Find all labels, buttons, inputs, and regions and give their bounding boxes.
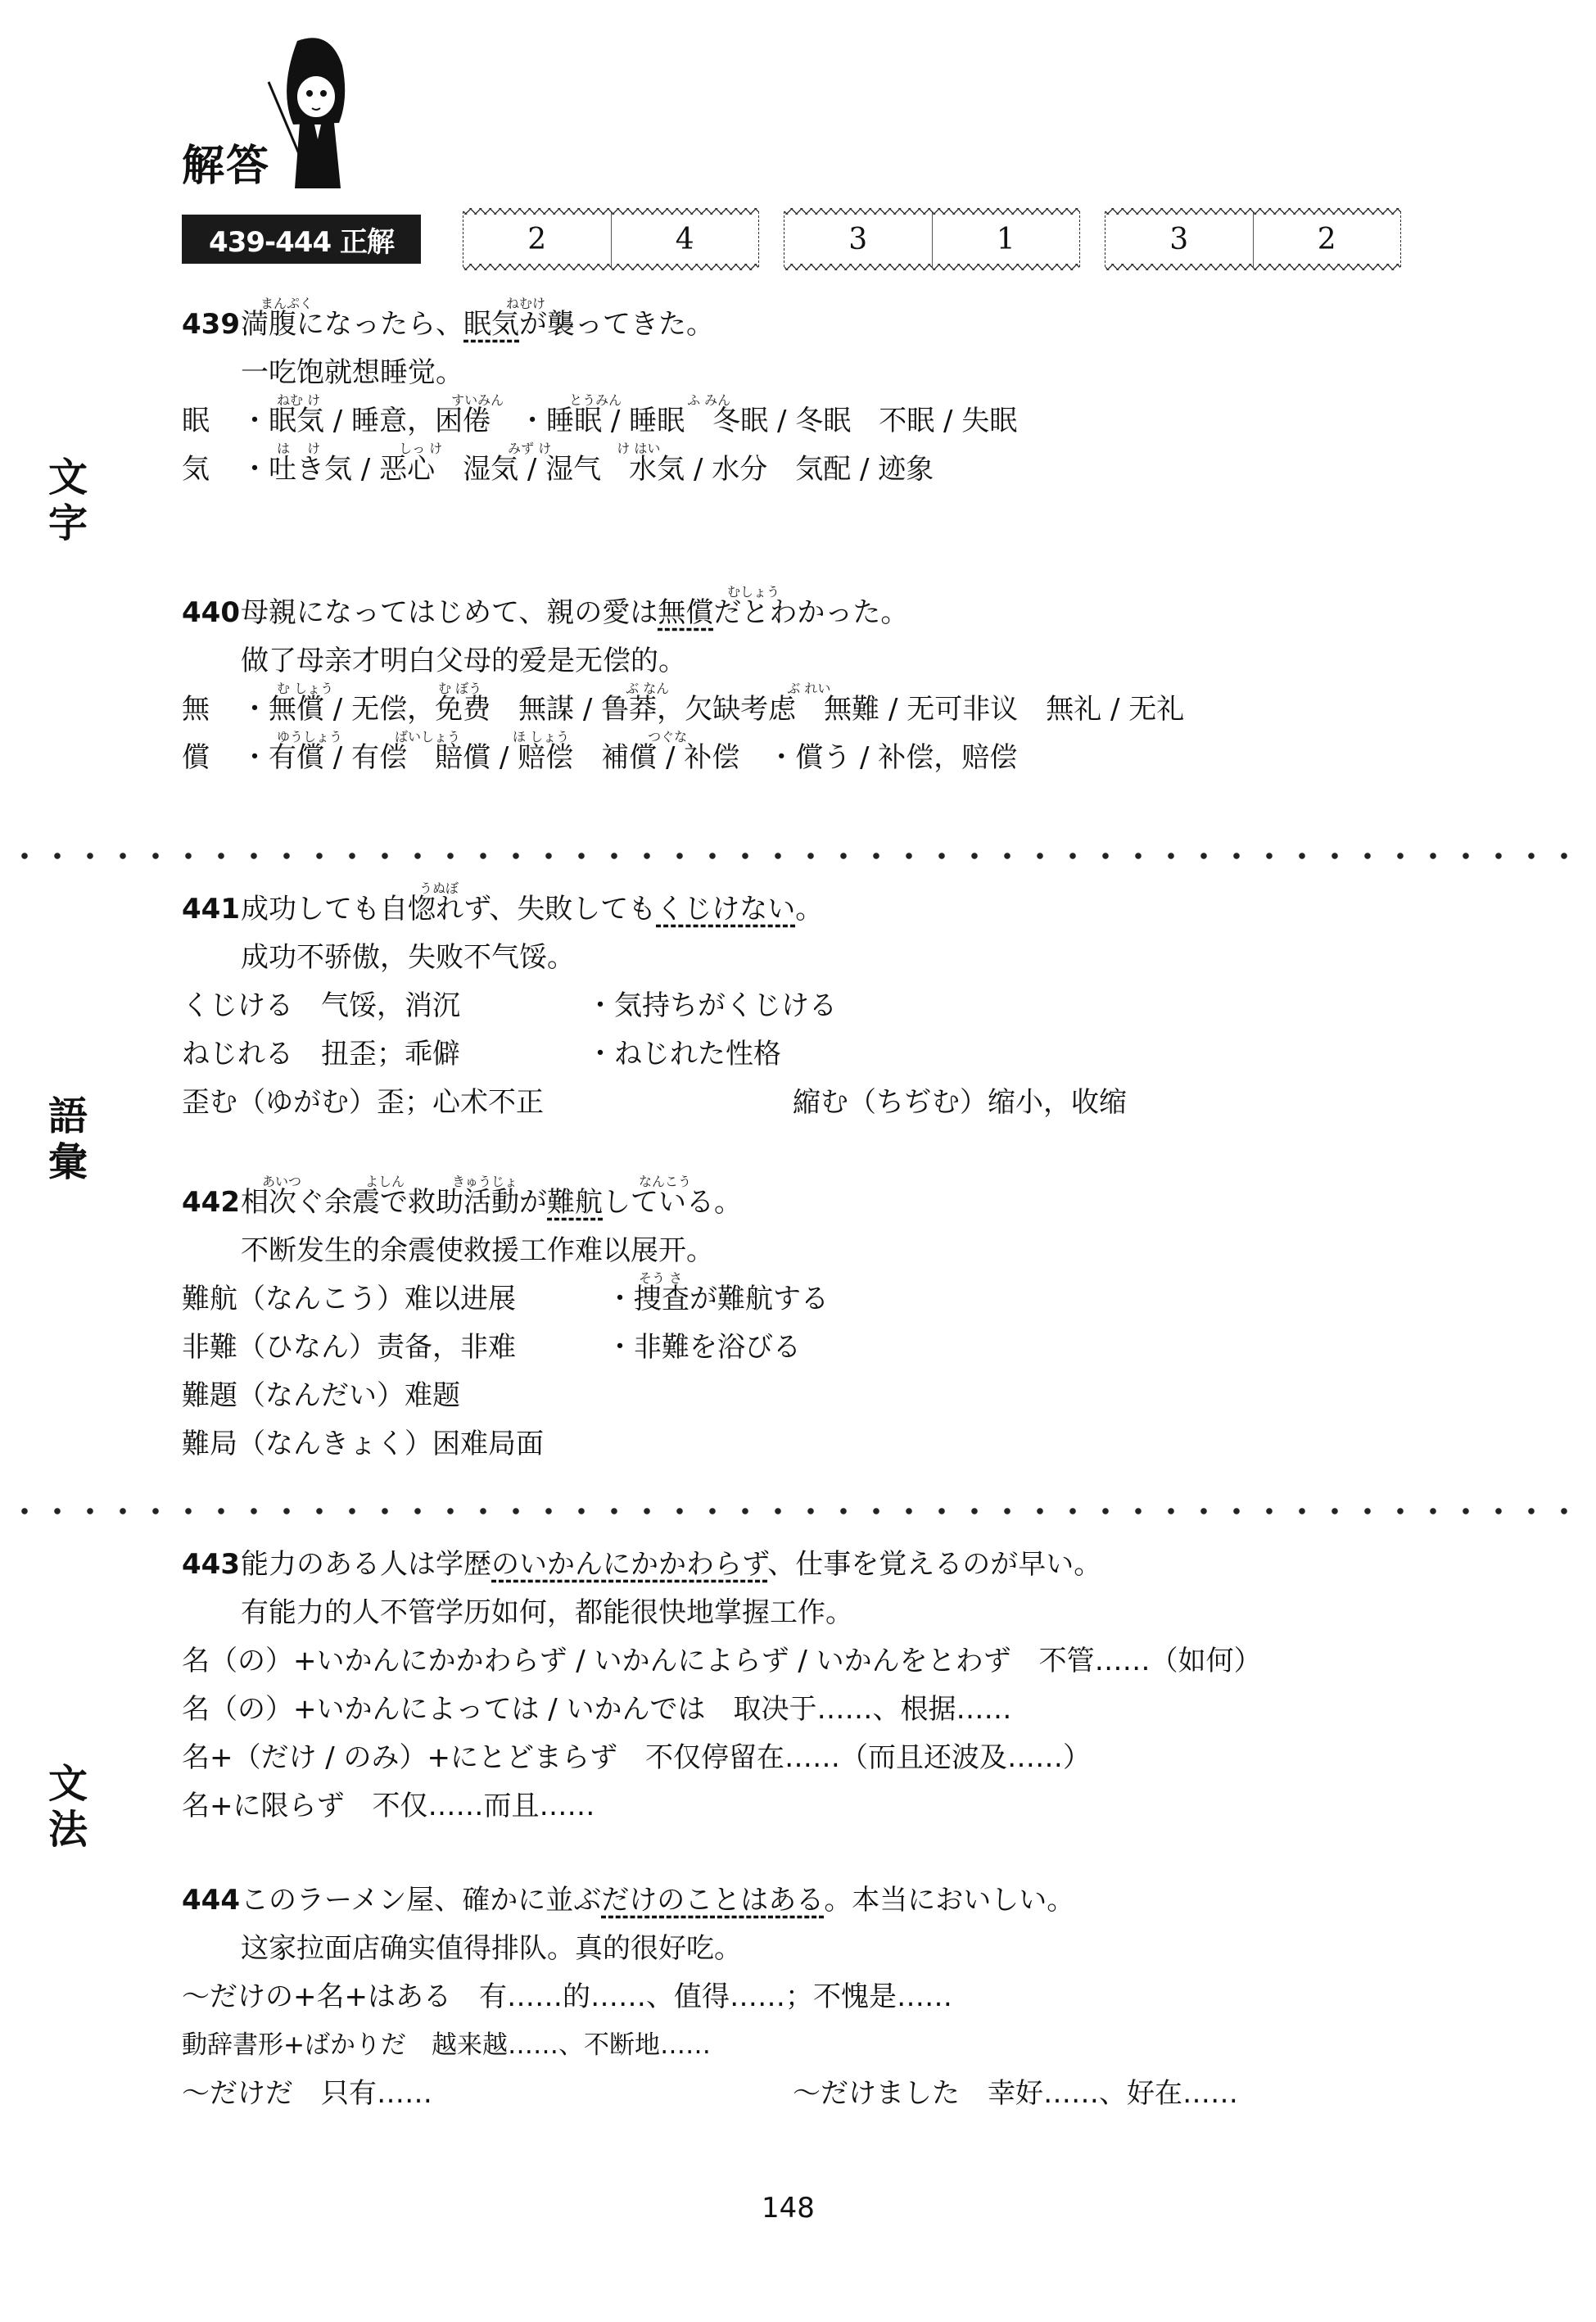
vocab-note: 歪む（ゆがむ）歪；心术不正	[182, 1086, 544, 1119]
question-443: 443能力のある人は学歴のいかんにかかわらず、仕事を覚えるのが早い。	[182, 1548, 1101, 1581]
vocab-example: ・気持ちがくじける	[586, 989, 837, 1022]
question-number: 439	[182, 308, 241, 341]
answer-441: 3	[784, 211, 932, 267]
translation-442: 不断发生的余震使救援工作难以展开。	[241, 1234, 714, 1267]
note-kanji: 眠	[182, 405, 241, 437]
vocab-note: ねじれる 扭歪；乖僻	[182, 1038, 460, 1070]
sentence-text: このラーメン屋、確かに並ぶ	[241, 1884, 601, 1917]
target-word: だけのことはある	[601, 1884, 824, 1917]
target-word: 難航	[547, 1186, 603, 1219]
note-row: 償・有償 / 有偿 賠償 / 赔偿 補償 / 补偿 ・償う / 补偿，赔偿	[182, 741, 1017, 774]
answer-443: 3	[1105, 211, 1253, 267]
translation-440: 做了母亲才明白父母的爱是无偿的。	[241, 645, 686, 677]
sentence-text: 能力のある人は学歴	[241, 1548, 491, 1581]
sentence-text: 満腹になったら、	[241, 308, 463, 341]
sentence-text: 、仕事を覚えるのが早い。	[767, 1548, 1101, 1581]
side-label-goi: 語彙	[45, 1093, 91, 1185]
grammar-note: ～だけの+名+はある 有……的……、值得……；不愧是……	[182, 1980, 952, 2013]
vocab-note: 非難（ひなん）责备，非难	[182, 1331, 516, 1364]
sentence-text: 母親になってはじめて、親の愛は	[241, 596, 658, 629]
vocab-note: くじける 气馁，消沉	[182, 989, 460, 1022]
question-444: 444このラーメン屋、確かに並ぶだけのことはある。本当においしい。	[182, 1884, 1074, 1917]
sentence-text: 。	[795, 893, 823, 926]
vocab-example: ・捜査が難航する	[606, 1283, 829, 1315]
note-kanji: 気	[182, 453, 241, 486]
note-kanji: 償	[182, 741, 241, 774]
question-440: 440母親になってはじめて、親の愛は無償だとわかった。	[182, 596, 908, 629]
vocab-example: ・ねじれた性格	[586, 1038, 781, 1070]
page-number: 148	[762, 2192, 815, 2225]
side-label-moji: 文字	[45, 455, 91, 546]
target-word: 無償	[658, 596, 713, 629]
note-text: ・有償 / 有偿 賠償 / 赔偿 補償 / 补偿 ・償う / 补偿，赔偿	[241, 741, 1017, 774]
translation-443: 有能力的人不管学历如何，都能很快地掌握工作。	[241, 1596, 853, 1629]
grammar-note-secondary: ～だけました 幸好……、好在……	[793, 2077, 1238, 2110]
note-text: ・眠気 / 睡意，困倦 ・睡眠 / 睡眠 冬眠 / 冬眠 不眠 / 失眠	[241, 405, 1017, 437]
answer-440: 4	[611, 211, 759, 267]
question-439: 439満腹になったら、眠気が襲ってきた。	[182, 308, 714, 341]
sentence-text: だとわかった。	[713, 596, 908, 629]
grammar-note: 名（の）+いかんにかかわらず / いかんによらず / いかんをとわず 不管……（…	[182, 1645, 1262, 1677]
question-number: 443	[182, 1548, 241, 1581]
vocab-example: ・非難を浴びる	[606, 1331, 801, 1364]
question-442: 442相次ぐ余震で救助活動が難航している。	[182, 1186, 742, 1219]
note-row: 気・吐き気 / 恶心 湿気 / 湿气 水気 / 水分 気配 / 迹象	[182, 453, 934, 486]
question-number: 442	[182, 1186, 241, 1219]
translation-444: 这家拉面店确实值得排队。真的很好吃。	[241, 1932, 742, 1965]
question-number: 441	[182, 893, 241, 926]
side-label-bunpo: 文法	[45, 1761, 91, 1853]
grammar-note: 名（の）+いかんによっては / いかんでは 取决于……、根据……	[182, 1693, 1012, 1726]
answer-444: 2	[1253, 211, 1401, 267]
note-text: ・無償 / 无偿，免费 無謀 / 鲁莽，欠缺考虑 無難 / 无可非议 無礼 / …	[241, 693, 1184, 726]
target-word: 眠気	[463, 308, 519, 341]
target-word: のいかんにかかわらず	[491, 1548, 767, 1581]
note-text: ・吐き気 / 恶心 湿気 / 湿气 水気 / 水分 気配 / 迹象	[241, 453, 934, 486]
vocab-note-secondary: 縮む（ちぢむ）缩小，收缩	[793, 1086, 1127, 1119]
answer-442: 1	[932, 211, 1080, 267]
translation-439: 一吃饱就想睡觉。	[241, 356, 463, 389]
sentence-text: 相次ぐ余震で救助活動が	[241, 1186, 547, 1219]
sentence-text: が襲ってきた。	[519, 308, 714, 341]
answer-group-3: 3 2	[1105, 211, 1401, 267]
vocab-note: 難題（なんだい）难题	[182, 1379, 460, 1412]
note-kanji: 無	[182, 693, 241, 726]
question-441: 441成功しても自惚れず、失敗してもくじけない。	[182, 893, 823, 926]
sentence-text: 。本当においしい。	[824, 1884, 1074, 1917]
sentence-text: している。	[603, 1186, 742, 1219]
question-number: 444	[182, 1884, 241, 1917]
teacher-mascot-icon	[260, 33, 367, 197]
section-divider	[8, 1507, 1589, 1515]
translation-441: 成功不骄傲，失败不气馁。	[241, 941, 575, 974]
vocab-note: 難局（なんきょく）困难局面	[182, 1428, 544, 1460]
grammar-note: 名+（だけ / のみ）+にとどまらず 不仅停留在……（而且还波及……）	[182, 1741, 1091, 1774]
answer-group-1: 2 4	[463, 211, 759, 267]
vocab-note: 難航（なんこう）难以进展	[182, 1283, 516, 1315]
target-word: くじけない	[656, 893, 795, 926]
grammar-note: 名+に限らず 不仅……而且……	[182, 1790, 595, 1822]
question-number: 440	[182, 596, 241, 629]
sentence-text: 成功しても自惚れず、失敗しても	[241, 893, 656, 926]
grammar-note: ～だけだ 只有……	[182, 2077, 432, 2110]
answer-group-2: 3 1	[784, 211, 1080, 267]
note-row: 眠・眠気 / 睡意，困倦 ・睡眠 / 睡眠 冬眠 / 冬眠 不眠 / 失眠	[182, 405, 1017, 437]
answer-section-title: 解答	[182, 131, 270, 192]
section-divider	[8, 852, 1589, 860]
answer-range-label: 439-444 正解	[182, 215, 421, 264]
answer-439: 2	[463, 211, 611, 267]
note-row: 無・無償 / 无偿，免费 無謀 / 鲁莽，欠缺考虑 無難 / 无可非议 無礼 /…	[182, 693, 1184, 726]
grammar-note: 動辞書形+ばかりだ 越来越……、不断地……	[182, 2029, 711, 2062]
